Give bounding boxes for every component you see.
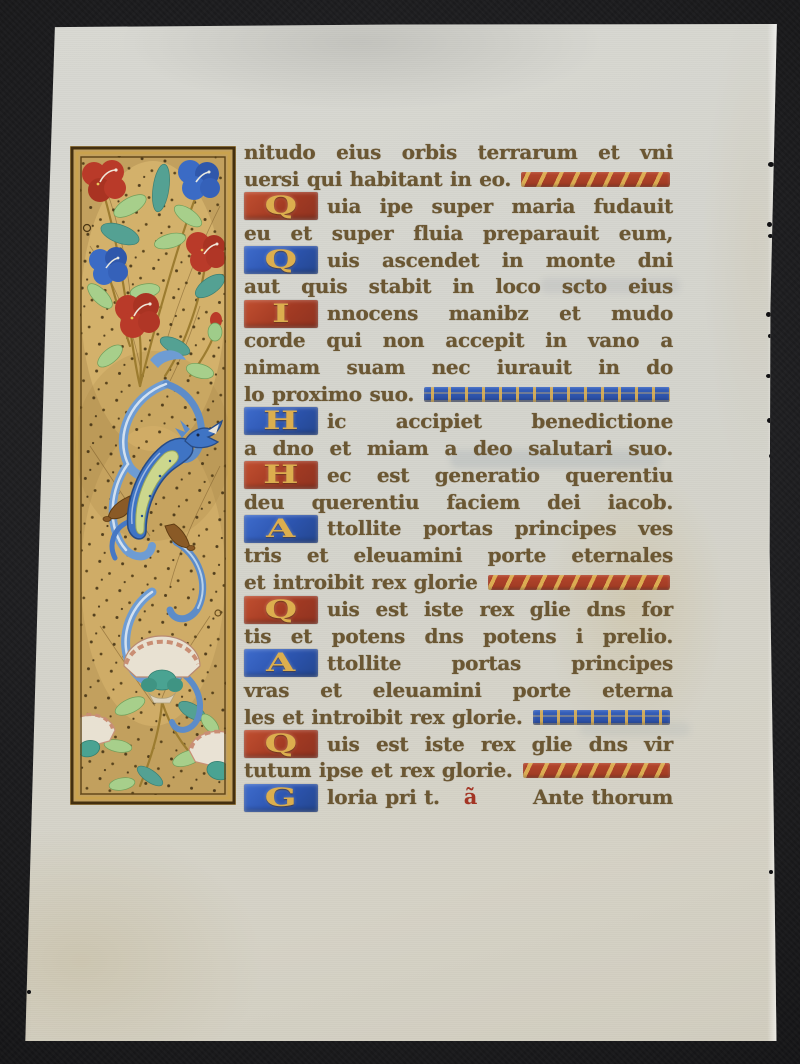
latin-text: loria pri t. <box>327 784 440 811</box>
parchment-edge-speck <box>27 990 31 994</box>
manuscript-line: Innocens manibz et mudo <box>244 300 673 327</box>
rubric-antiphon-mark: ã <box>464 784 478 811</box>
latin-text: tis et potens dns potens i prelio. <box>244 623 673 650</box>
latin-text: nnocens manibz et mudo <box>327 300 673 327</box>
manuscript-line: Attollite portas principes ves <box>244 515 673 542</box>
blue-flower <box>178 160 220 200</box>
manuscript-line: nimam suam nec iurauit in do <box>244 354 673 381</box>
latin-text: deu querentiu faciem dei iacob. <box>244 489 673 516</box>
manuscript-line: tis et potens dns potens i prelio. <box>244 623 673 650</box>
parchment-edge-speck <box>768 162 774 167</box>
parchment-edge-speck <box>769 870 773 874</box>
dragon-eye <box>197 434 200 437</box>
illuminated-initial: G <box>244 784 318 812</box>
line-filler-ornament <box>488 575 670 590</box>
illuminated-initial: A <box>244 515 318 543</box>
latin-text: tris et eleuamini porte eternales <box>244 542 673 569</box>
parchment-edge-speck <box>766 312 771 317</box>
latin-text: aut quis stabit in loco scto eius <box>244 273 673 300</box>
manuscript-line: Gloria pri t.ãAnte thorum <box>244 784 673 811</box>
manuscript-line: Quis est iste rex glie dns vir <box>244 731 673 758</box>
latin-text: ic accipiet benedictione <box>327 408 673 435</box>
manuscript-line: tutum ipse et rex glorie. <box>244 757 673 784</box>
red-flower <box>186 232 226 272</box>
manuscript-line: Hec est generatio querentiu <box>244 462 673 489</box>
latin-text: les et introibit rex glorie. <box>244 704 523 731</box>
latin-text: corde qui non accepit in vano a <box>244 327 673 354</box>
manuscript-line: corde qui non accepit in vano a <box>244 327 673 354</box>
manuscript-line: les et introibit rex glorie. <box>244 704 673 731</box>
text-block: nitudo eius orbis terrarum et vniuersi q… <box>244 139 673 811</box>
latin-text: nimam suam nec iurauit in do <box>244 354 673 381</box>
latin-text: ttollite portas principes <box>327 650 673 677</box>
illuminated-initial: Q <box>244 246 318 274</box>
manuscript-line: deu querentiu faciem dei iacob. <box>244 489 673 516</box>
latin-text: ec est generatio querentiu <box>327 462 673 489</box>
illuminated-initial: H <box>244 407 318 435</box>
line-filler-ornament <box>521 172 670 187</box>
illuminated-initial: H <box>244 461 318 489</box>
blue-flower <box>89 247 128 285</box>
illuminated-initial: Q <box>244 192 318 220</box>
latin-text: tutum ipse et rex glorie. <box>244 757 513 784</box>
latin-text: uis est iste rex glie dns for <box>327 596 673 623</box>
latin-text: Ante thorum <box>487 784 673 811</box>
manuscript-line: tris et eleuamini porte eternales <box>244 542 673 569</box>
manuscript-line: lo proximo suo. <box>244 381 673 408</box>
latin-text: vras et eleuamini porte eterna <box>244 677 673 704</box>
illuminated-initial: Q <box>244 730 318 758</box>
line-filler-ornament <box>424 387 670 402</box>
latin-text: uia ipe super maria fudauit <box>327 193 673 220</box>
latin-text: nitudo eius orbis terrarum et vni <box>244 139 673 166</box>
latin-text: uersi qui habitant in eo. <box>244 166 511 193</box>
manuscript-line: a dno et miam a deo salutari suo. <box>244 435 673 462</box>
illuminated-border-panel <box>70 146 236 805</box>
illuminated-initial: I <box>244 300 318 328</box>
line-filler-ornament <box>523 763 670 778</box>
manuscript-line: nitudo eius orbis terrarum et vni <box>244 139 673 166</box>
manuscript-line: eu et super fluia preparauit eum, <box>244 220 673 247</box>
red-flower <box>115 293 160 338</box>
manuscript-line: Quis ascendet in monte dni <box>244 247 673 274</box>
latin-text: lo proximo suo. <box>244 381 414 408</box>
parchment-edge-speck <box>767 222 772 227</box>
manuscript-line: vras et eleuamini porte eterna <box>244 677 673 704</box>
latin-text: a dno et miam a deo salutari suo. <box>244 435 673 462</box>
illuminated-initial: Q <box>244 596 318 624</box>
latin-text: ttollite portas principes ves <box>327 515 673 542</box>
line-filler-ornament <box>533 710 670 725</box>
manuscript-leaf: nitudo eius orbis terrarum et vniuersi q… <box>20 22 778 1042</box>
manuscript-line: Quis est iste rex glie dns for <box>244 596 673 623</box>
manuscript-line: et introibit rex glorie <box>244 569 673 596</box>
latin-text: eu et super fluia preparauit eum, <box>244 220 673 247</box>
manuscript-line: uersi qui habitant in eo. <box>244 166 673 193</box>
latin-text: uis ascendet in monte dni <box>327 247 673 274</box>
manuscript-line: aut quis stabit in loco scto eius <box>244 273 673 300</box>
manuscript-line: Quia ipe super maria fudauit <box>244 193 673 220</box>
latin-text: et introibit rex glorie <box>244 569 478 596</box>
manuscript-line: Hic accipiet benedictione <box>244 408 673 435</box>
manuscript-line: Attollite portas principes <box>244 650 673 677</box>
illuminated-initial: A <box>244 649 318 677</box>
latin-text: uis est iste rex glie dns vir <box>327 731 673 758</box>
